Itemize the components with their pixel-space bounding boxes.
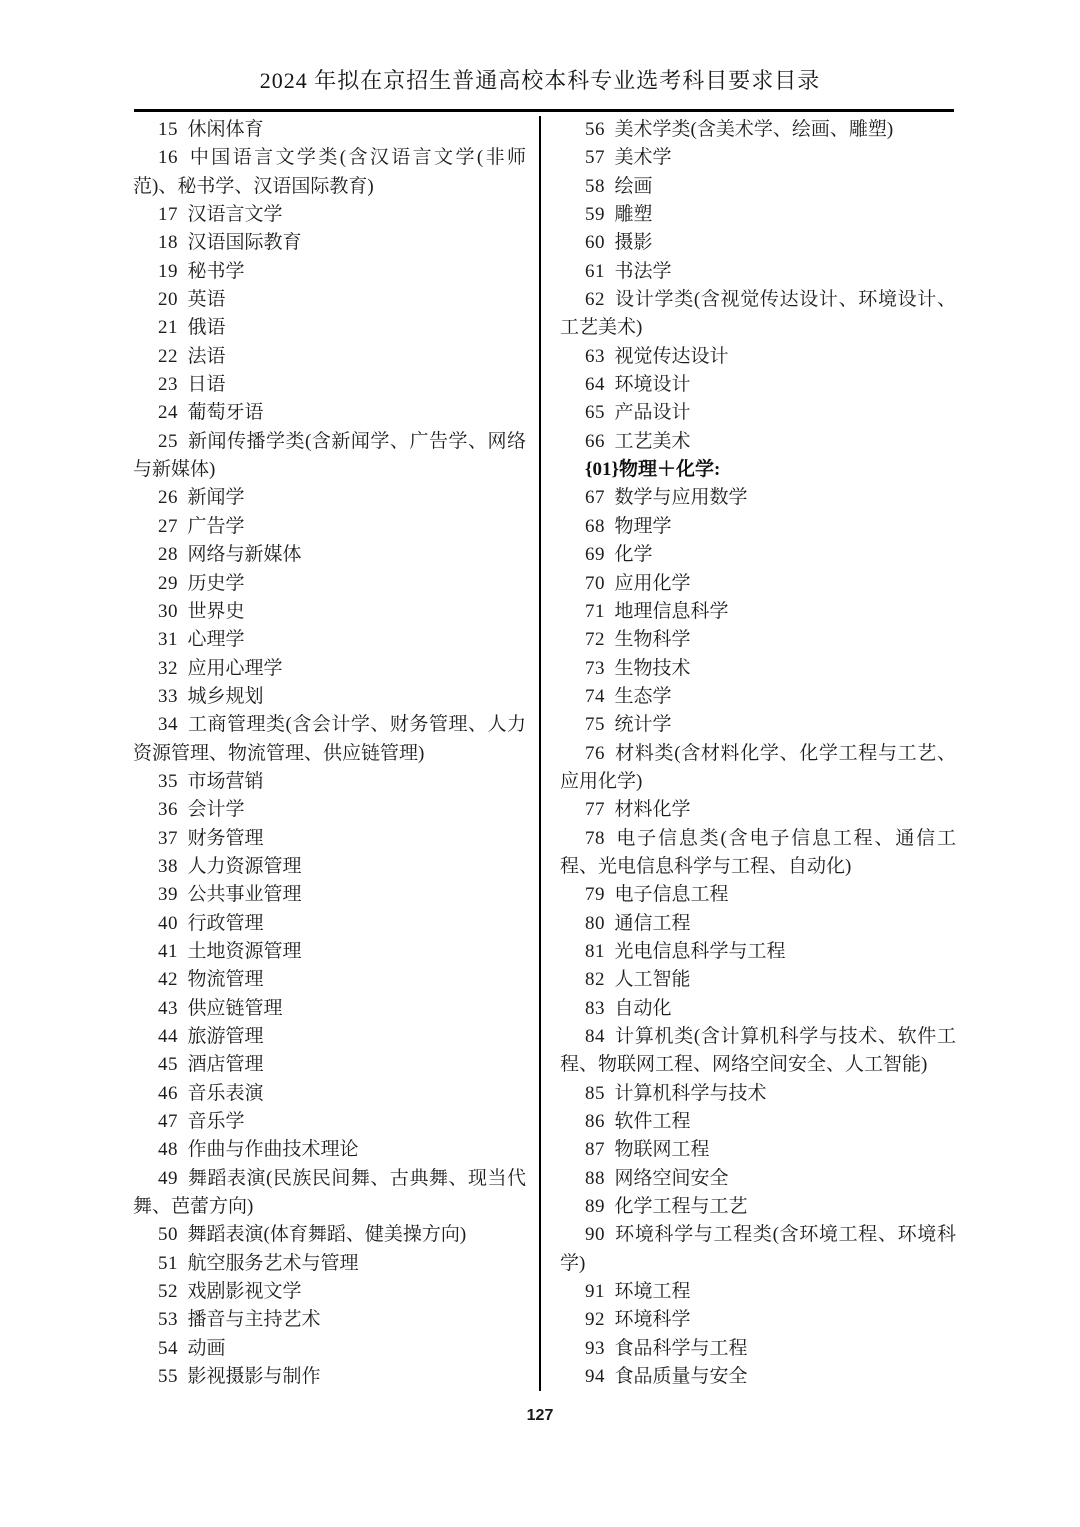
item-number: 40 — [158, 913, 178, 934]
item-label: 绘画 — [615, 176, 653, 197]
list-item: 57美术学 — [560, 144, 956, 172]
item-number: 71 — [585, 601, 605, 622]
list-item: 52戏剧影视文学 — [133, 1278, 526, 1306]
list-item: 48作曲与作曲技术理论 — [133, 1136, 526, 1164]
item-label: 网络与新媒体 — [188, 544, 302, 565]
item-number: 55 — [158, 1366, 178, 1387]
item-number: 37 — [158, 828, 178, 849]
item-label: 休闲体育 — [188, 119, 264, 140]
item-label: 工艺美术 — [615, 431, 691, 452]
item-label: 动画 — [188, 1338, 226, 1359]
item-label: 音乐学 — [188, 1111, 245, 1132]
item-number: 92 — [585, 1309, 605, 1330]
item-label: 会计学 — [188, 799, 245, 820]
list-item: 23日语 — [133, 371, 526, 399]
list-item: 37财务管理 — [133, 825, 526, 853]
item-number: 18 — [158, 232, 178, 253]
list-item: 79电子信息工程 — [560, 881, 956, 909]
item-label: 播音与主持艺术 — [188, 1309, 321, 1330]
item-number: 90 — [585, 1224, 605, 1245]
item-label: 产品设计 — [615, 402, 691, 423]
list-item: 54动画 — [133, 1335, 526, 1363]
item-label: 音乐表演 — [188, 1083, 264, 1104]
item-number: 45 — [158, 1054, 178, 1075]
list-item: 33城乡规划 — [133, 683, 526, 711]
list-item: 24葡萄牙语 — [133, 399, 526, 427]
list-item: 75统计学 — [560, 711, 956, 739]
item-label: 统计学 — [615, 714, 672, 735]
list-item: 31心理学 — [133, 626, 526, 654]
item-number: 62 — [585, 289, 605, 310]
list-item: 55影视摄影与制作 — [133, 1363, 526, 1391]
two-column-list: 15休闲体育 16中国语言文学类(含汉语言文学(非师范)、秘书学、汉语国际教育)… — [133, 112, 957, 1391]
list-item: 67数学与应用数学 — [560, 484, 956, 512]
item-label: 日语 — [188, 374, 226, 395]
item-label: 旅游管理 — [188, 1026, 264, 1047]
list-item: 27广告学 — [133, 513, 526, 541]
item-number: 94 — [585, 1366, 605, 1387]
list-item: 59雕塑 — [560, 201, 956, 229]
list-item: 83自动化 — [560, 995, 956, 1023]
item-number: 86 — [585, 1111, 605, 1132]
item-label: 环境设计 — [615, 374, 691, 395]
item-label: 物流管理 — [188, 969, 264, 990]
item-number: 36 — [158, 799, 178, 820]
item-number: 53 — [158, 1309, 178, 1330]
list-item: 72生物科学 — [560, 626, 956, 654]
item-number: 15 — [158, 119, 178, 140]
item-number: 80 — [585, 913, 605, 934]
item-label: 计算机类(含计算机科学与技术、软件工程、物联网工程、网络空间安全、人工智能) — [560, 1026, 956, 1075]
list-item: 32应用心理学 — [133, 655, 526, 683]
item-number: 87 — [585, 1139, 605, 1160]
item-label: 环境科学 — [615, 1309, 691, 1330]
item-label: 人工智能 — [615, 969, 691, 990]
item-number: 63 — [585, 346, 605, 367]
item-label: 舞蹈表演(民族民间舞、古典舞、现当代舞、芭蕾方向) — [133, 1168, 526, 1217]
item-number: 75 — [585, 714, 605, 735]
list-item: 39公共事业管理 — [133, 881, 526, 909]
list-item: 45酒店管理 — [133, 1051, 526, 1079]
list-item: 21俄语 — [133, 314, 526, 342]
list-item: 20英语 — [133, 286, 526, 314]
list-item: 80通信工程 — [560, 910, 956, 938]
list-item: 65产品设计 — [560, 399, 956, 427]
list-item: 93食品科学与工程 — [560, 1335, 956, 1363]
list-item: 89化学工程与工艺 — [560, 1193, 956, 1221]
item-number: 65 — [585, 402, 605, 423]
list-item: 16中国语言文学类(含汉语言文学(非师范)、秘书学、汉语国际教育) — [133, 144, 526, 201]
item-label: 汉语国际教育 — [188, 232, 302, 253]
item-number: 49 — [158, 1168, 178, 1189]
item-label: 市场营销 — [188, 771, 264, 792]
item-label: 视觉传达设计 — [615, 346, 729, 367]
item-number: 21 — [158, 317, 178, 338]
document-page: 2024 年拟在京招生普通高校本科专业选考科目要求目录 15休闲体育 16中国语… — [0, 0, 1080, 1527]
item-number: 61 — [585, 261, 605, 282]
item-label: 物联网工程 — [615, 1139, 710, 1160]
item-number: 17 — [158, 204, 178, 225]
right-column: 56美术学类(含美术学、绘画、雕塑) 57美术学 58绘画 59雕塑 60摄影 … — [560, 116, 956, 1391]
list-item: 78电子信息类(含电子信息工程、通信工程、光电信息科学与工程、自动化) — [560, 825, 956, 882]
item-number: 70 — [585, 573, 605, 594]
list-item: 49舞蹈表演(民族民间舞、古典舞、现当代舞、芭蕾方向) — [133, 1165, 526, 1222]
item-label: 自动化 — [615, 998, 672, 1019]
item-label: 计算机科学与技术 — [615, 1083, 767, 1104]
item-number: 19 — [158, 261, 178, 282]
item-label: 应用心理学 — [188, 658, 283, 679]
list-item: 41土地资源管理 — [133, 938, 526, 966]
item-number: 54 — [158, 1338, 178, 1359]
list-item: 81光电信息科学与工程 — [560, 938, 956, 966]
item-label: 世界史 — [188, 601, 245, 622]
item-label: 美术学类(含美术学、绘画、雕塑) — [615, 119, 894, 140]
page-footer: 127 — [0, 1405, 1080, 1427]
item-label: 俄语 — [188, 317, 226, 338]
page-title: 2024 年拟在京招生普通高校本科专业选考科目要求目录 — [0, 0, 1080, 98]
list-item: 53播音与主持艺术 — [133, 1306, 526, 1334]
list-item: 85计算机科学与技术 — [560, 1080, 956, 1108]
item-label: 生态学 — [615, 686, 672, 707]
page-header: 2024 年拟在京招生普通高校本科专业选考科目要求目录 — [0, 0, 1080, 112]
item-number: 64 — [585, 374, 605, 395]
list-item: 58绘画 — [560, 173, 956, 201]
item-number: 23 — [158, 374, 178, 395]
item-label: 财务管理 — [188, 828, 264, 849]
item-label: 行政管理 — [188, 913, 264, 934]
item-number: 58 — [585, 176, 605, 197]
list-item: 84计算机类(含计算机科学与技术、软件工程、物联网工程、网络空间安全、人工智能) — [560, 1023, 956, 1080]
item-number: 33 — [158, 686, 178, 707]
item-number: 57 — [585, 147, 605, 168]
item-label: 环境科学与工程类(含环境工程、环境科学) — [560, 1224, 956, 1273]
list-item: 74生态学 — [560, 683, 956, 711]
item-number: 44 — [158, 1026, 178, 1047]
item-label: 戏剧影视文学 — [188, 1281, 302, 1302]
list-item: 19秘书学 — [133, 258, 526, 286]
list-item: 82人工智能 — [560, 966, 956, 994]
list-item: 77材料化学 — [560, 796, 956, 824]
item-label: 影视摄影与制作 — [188, 1366, 321, 1387]
item-label: 新闻学 — [188, 487, 245, 508]
item-label: 地理信息科学 — [615, 601, 729, 622]
item-label: 汉语言文学 — [188, 204, 283, 225]
list-item: 22法语 — [133, 343, 526, 371]
list-item: 38人力资源管理 — [133, 853, 526, 881]
item-number: 51 — [158, 1253, 178, 1274]
list-item: 28网络与新媒体 — [133, 541, 526, 569]
list-item: 66工艺美术 — [560, 428, 956, 456]
item-label: 酒店管理 — [188, 1054, 264, 1075]
item-number: 78 — [585, 828, 605, 849]
item-label: 历史学 — [188, 573, 245, 594]
list-item: 42物流管理 — [133, 966, 526, 994]
list-item: 60摄影 — [560, 229, 956, 257]
item-number: 28 — [158, 544, 178, 565]
item-number: 47 — [158, 1111, 178, 1132]
list-item: 36会计学 — [133, 796, 526, 824]
item-label: 化学工程与工艺 — [615, 1196, 748, 1217]
list-item: 50舞蹈表演(体育舞蹈、健美操方向) — [133, 1221, 526, 1249]
item-label: 舞蹈表演(体育舞蹈、健美操方向) — [188, 1224, 467, 1245]
item-number: 31 — [158, 629, 178, 650]
list-item: 34工商管理类(含会计学、财务管理、人力资源管理、物流管理、供应链管理) — [133, 711, 526, 768]
item-label: 新闻传播学类(含新闻学、广告学、网络与新媒体) — [133, 431, 526, 480]
item-label: 应用化学 — [615, 573, 691, 594]
item-label: 材料化学 — [615, 799, 691, 820]
column-divider — [539, 116, 541, 1391]
list-item: 71地理信息科学 — [560, 598, 956, 626]
item-label: 网络空间安全 — [615, 1168, 729, 1189]
item-number: 24 — [158, 402, 178, 423]
item-number: 16 — [158, 147, 178, 168]
item-number: 30 — [158, 601, 178, 622]
list-item: 30世界史 — [133, 598, 526, 626]
item-label: 城乡规划 — [188, 686, 264, 707]
item-number: 85 — [585, 1083, 605, 1104]
item-label: 书法学 — [615, 261, 672, 282]
list-item: 56美术学类(含美术学、绘画、雕塑) — [560, 116, 956, 144]
item-number: 67 — [585, 487, 605, 508]
list-item: 88网络空间安全 — [560, 1165, 956, 1193]
list-item: 94食品质量与安全 — [560, 1363, 956, 1391]
list-item: 62设计学类(含视觉传达设计、环境设计、工艺美术) — [560, 286, 956, 343]
list-item: 40行政管理 — [133, 910, 526, 938]
item-number: 84 — [585, 1026, 605, 1047]
item-number: 20 — [158, 289, 178, 310]
list-item: 68物理学 — [560, 513, 956, 541]
item-number: 77 — [585, 799, 605, 820]
item-label: 通信工程 — [615, 913, 691, 934]
item-number: 83 — [585, 998, 605, 1019]
item-label: 生物技术 — [615, 658, 691, 679]
item-number: 27 — [158, 516, 178, 537]
item-label: 软件工程 — [615, 1111, 691, 1132]
item-label: 心理学 — [188, 629, 245, 650]
item-number: 25 — [158, 431, 178, 452]
item-label: 化学 — [615, 544, 653, 565]
item-number: 76 — [585, 743, 605, 764]
list-item: 63视觉传达设计 — [560, 343, 956, 371]
item-label: 电子信息类(含电子信息工程、通信工程、光电信息科学与工程、自动化) — [560, 828, 956, 877]
item-label: 航空服务艺术与管理 — [188, 1253, 359, 1274]
item-label: 食品科学与工程 — [615, 1338, 748, 1359]
list-item: 51航空服务艺术与管理 — [133, 1250, 526, 1278]
list-item: 46音乐表演 — [133, 1080, 526, 1108]
list-item: 15休闲体育 — [133, 116, 526, 144]
item-number: 50 — [158, 1224, 178, 1245]
item-label: 土地资源管理 — [188, 941, 302, 962]
list-item: 90环境科学与工程类(含环境工程、环境科学) — [560, 1221, 956, 1278]
item-number: 26 — [158, 487, 178, 508]
list-item: 87物联网工程 — [560, 1136, 956, 1164]
list-item: 61书法学 — [560, 258, 956, 286]
item-number: 59 — [585, 204, 605, 225]
item-number: 74 — [585, 686, 605, 707]
item-label: 葡萄牙语 — [188, 402, 264, 423]
item-label: 美术学 — [615, 147, 672, 168]
left-column: 15休闲体育 16中国语言文学类(含汉语言文学(非师范)、秘书学、汉语国际教育)… — [133, 116, 526, 1391]
list-item: 73生物技术 — [560, 655, 956, 683]
item-number: 35 — [158, 771, 178, 792]
item-number: 34 — [158, 714, 178, 735]
item-label: 环境工程 — [615, 1281, 691, 1302]
item-label: {01}物理＋化学: — [585, 459, 720, 480]
item-label: 人力资源管理 — [188, 856, 302, 877]
item-label: 食品质量与安全 — [615, 1366, 748, 1387]
list-item: 69化学 — [560, 541, 956, 569]
item-number: 48 — [158, 1139, 178, 1160]
item-number: 81 — [585, 941, 605, 962]
item-number: 46 — [158, 1083, 178, 1104]
item-number: 32 — [158, 658, 178, 679]
item-label: 材料类(含材料化学、化学工程与工艺、应用化学) — [560, 743, 956, 792]
item-number: 82 — [585, 969, 605, 990]
item-label: 中国语言文学类(含汉语言文学(非师范)、秘书学、汉语国际教育) — [133, 147, 526, 196]
item-number: 42 — [158, 969, 178, 990]
item-label: 广告学 — [188, 516, 245, 537]
item-label: 电子信息工程 — [615, 884, 729, 905]
item-number: 91 — [585, 1281, 605, 1302]
list-item: 64环境设计 — [560, 371, 956, 399]
item-label: 生物科学 — [615, 629, 691, 650]
item-number: 66 — [585, 431, 605, 452]
list-item: 92环境科学 — [560, 1306, 956, 1334]
list-item: 44旅游管理 — [133, 1023, 526, 1051]
list-item: 35市场营销 — [133, 768, 526, 796]
list-item: 76材料类(含材料化学、化学工程与工艺、应用化学) — [560, 740, 956, 797]
item-label: 摄影 — [615, 232, 653, 253]
list-item: 47音乐学 — [133, 1108, 526, 1136]
list-item: {01}物理＋化学: — [560, 456, 956, 484]
list-item: 86软件工程 — [560, 1108, 956, 1136]
item-label: 工商管理类(含会计学、财务管理、人力资源管理、物流管理、供应链管理) — [133, 714, 526, 763]
item-label: 公共事业管理 — [188, 884, 302, 905]
item-number: 79 — [585, 884, 605, 905]
list-item: 25新闻传播学类(含新闻学、广告学、网络与新媒体) — [133, 428, 526, 485]
item-number: 68 — [585, 516, 605, 537]
item-number: 88 — [585, 1168, 605, 1189]
item-label: 物理学 — [615, 516, 672, 537]
item-number: 60 — [585, 232, 605, 253]
item-number: 29 — [158, 573, 178, 594]
list-item: 43供应链管理 — [133, 995, 526, 1023]
item-number: 38 — [158, 856, 178, 877]
list-item: 26新闻学 — [133, 484, 526, 512]
item-label: 秘书学 — [188, 261, 245, 282]
item-number: 56 — [585, 119, 605, 140]
item-number: 93 — [585, 1338, 605, 1359]
item-label: 英语 — [188, 289, 226, 310]
item-label: 设计学类(含视觉传达设计、环境设计、工艺美术) — [560, 289, 956, 338]
list-item: 91环境工程 — [560, 1278, 956, 1306]
page-number: 127 — [527, 1405, 554, 1427]
item-number: 69 — [585, 544, 605, 565]
item-number: 22 — [158, 346, 178, 367]
item-number: 43 — [158, 998, 178, 1019]
item-number: 39 — [158, 884, 178, 905]
item-label: 数学与应用数学 — [615, 487, 748, 508]
list-item: 70应用化学 — [560, 570, 956, 598]
item-number: 73 — [585, 658, 605, 679]
item-number: 41 — [158, 941, 178, 962]
item-label: 光电信息科学与工程 — [615, 941, 786, 962]
item-number: 52 — [158, 1281, 178, 1302]
list-item: 29历史学 — [133, 570, 526, 598]
item-number: 72 — [585, 629, 605, 650]
item-label: 作曲与作曲技术理论 — [188, 1139, 359, 1160]
item-label: 雕塑 — [615, 204, 653, 225]
item-label: 供应链管理 — [188, 998, 283, 1019]
item-label: 法语 — [188, 346, 226, 367]
list-item: 17汉语言文学 — [133, 201, 526, 229]
list-item: 18汉语国际教育 — [133, 229, 526, 257]
item-number: 89 — [585, 1196, 605, 1217]
